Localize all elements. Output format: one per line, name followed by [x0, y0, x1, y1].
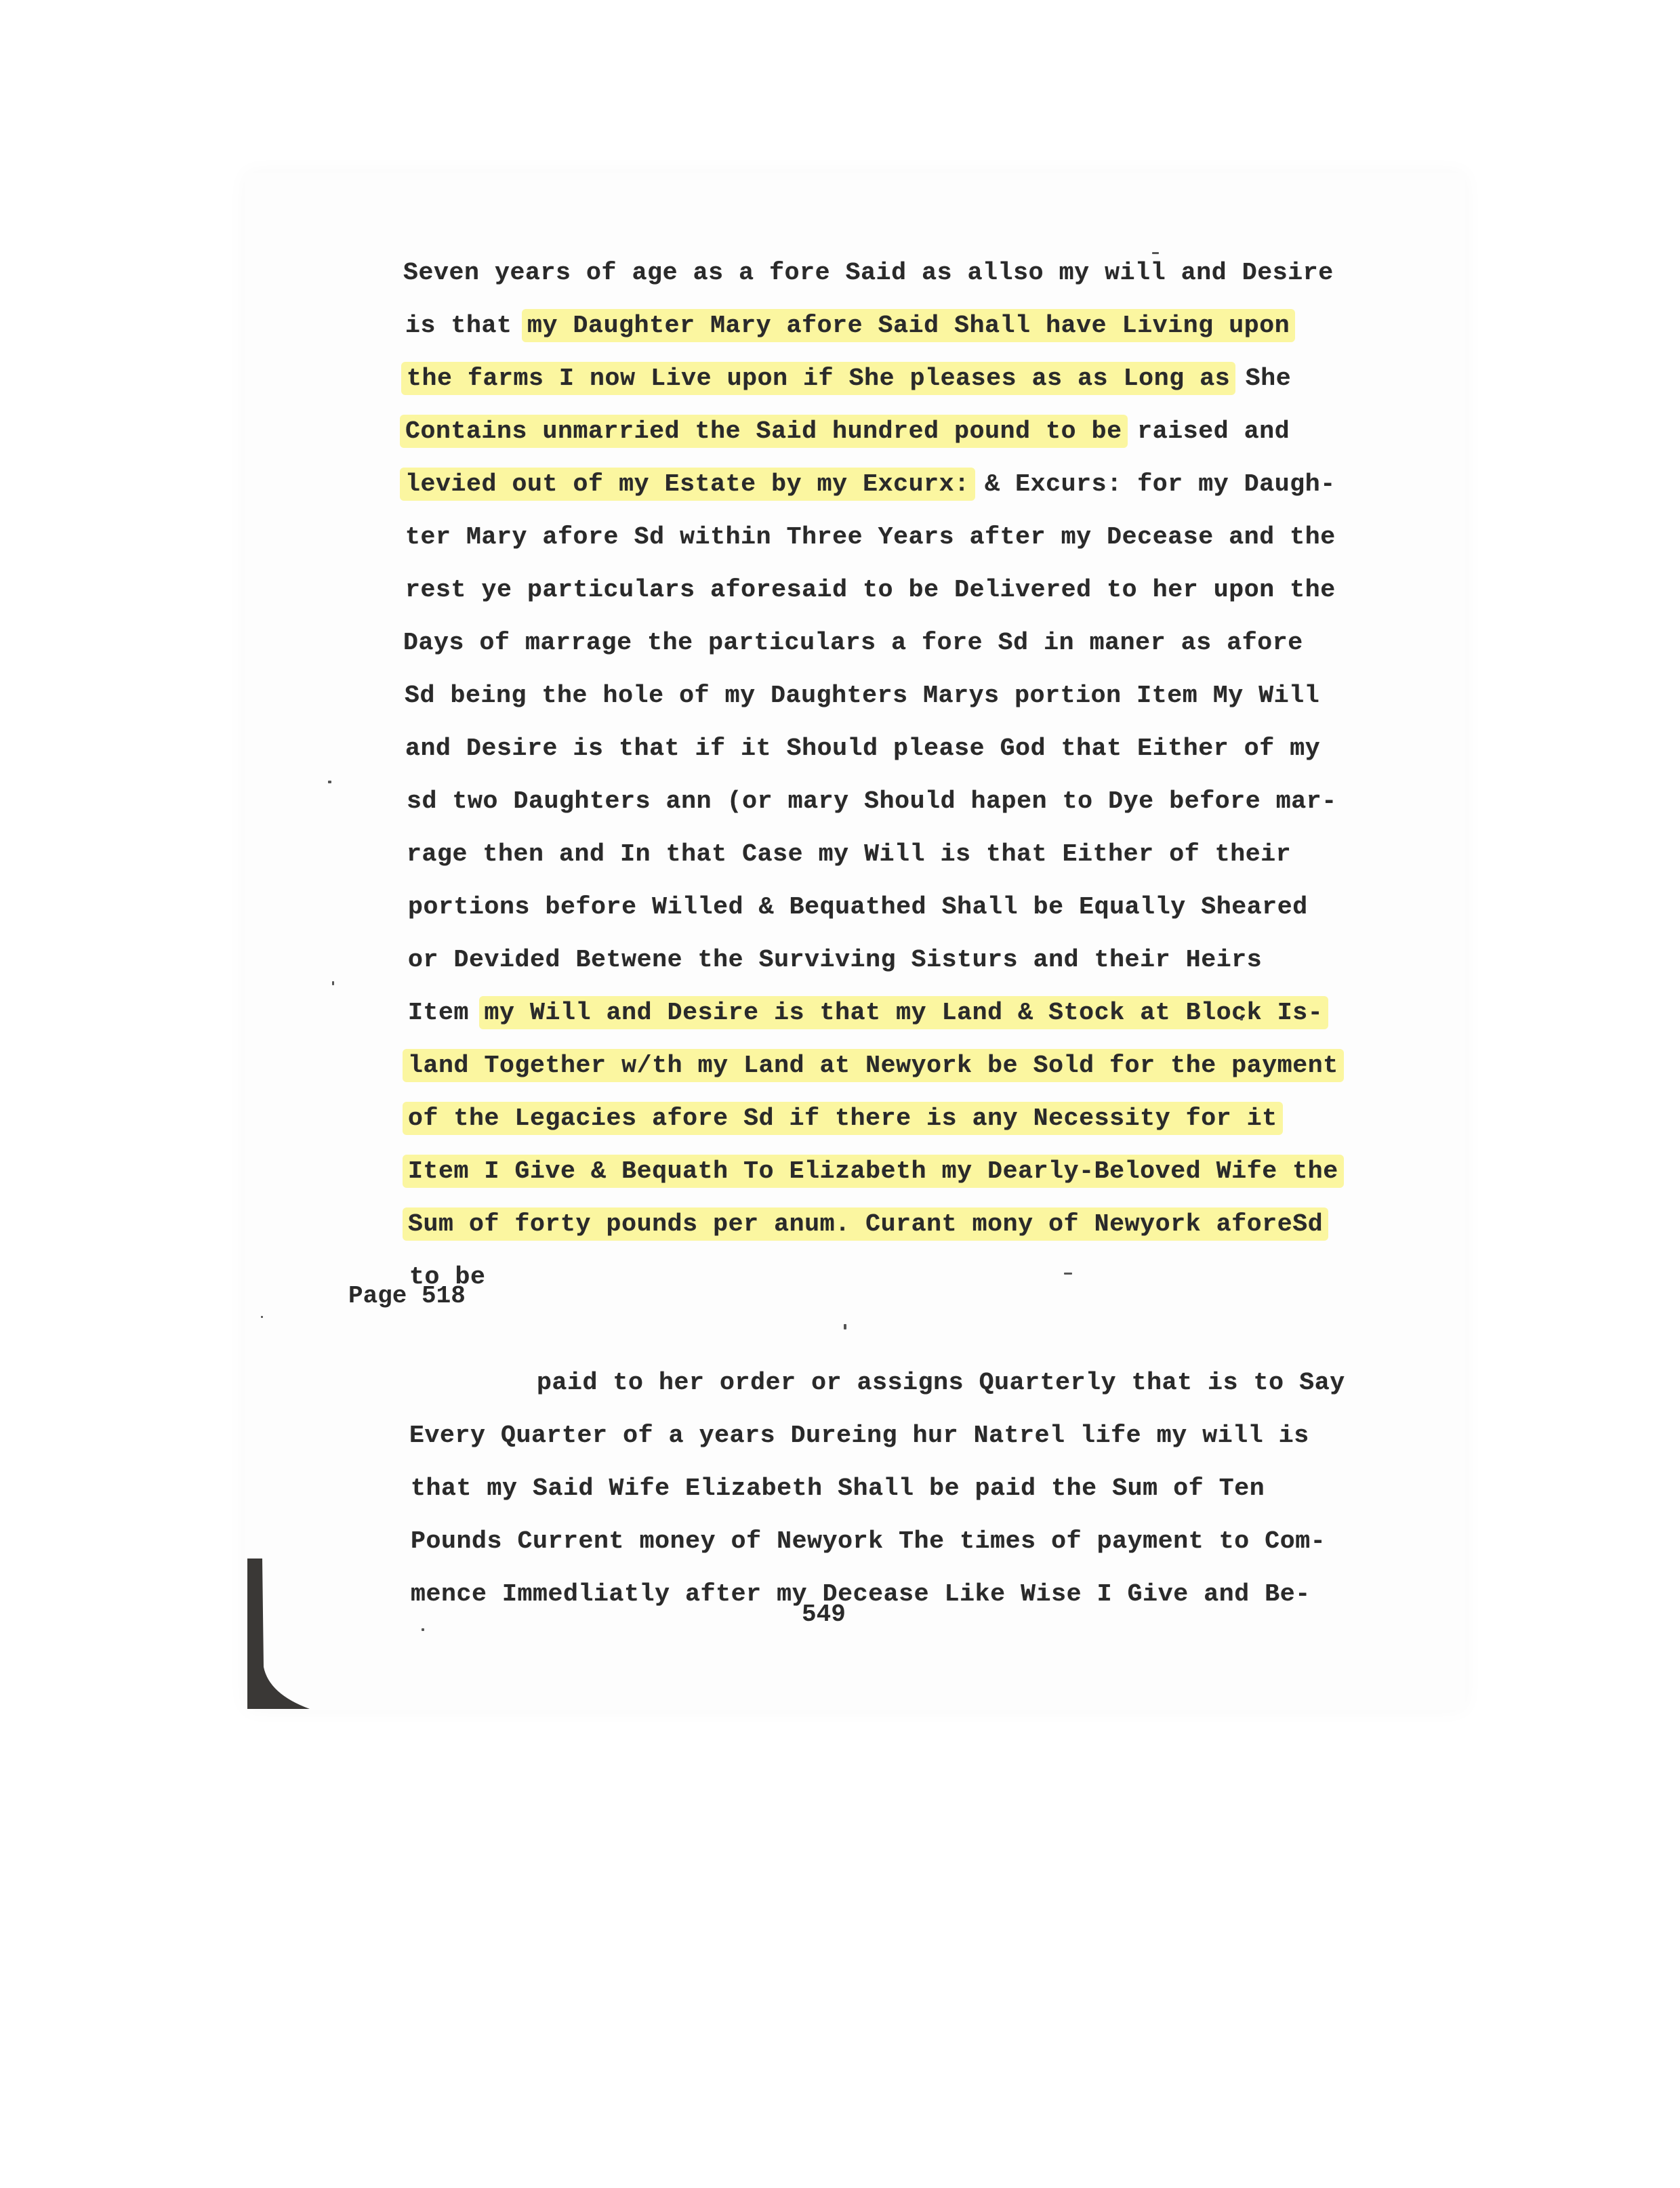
text-line: rest ye particulars aforesaid to be Deli… — [344, 539, 1336, 573]
text-line: and Desire is that if it Should please G… — [344, 698, 1320, 732]
margin-mark — [332, 981, 334, 985]
text-line: Item I Give & Bequath To Elizabeth my De… — [347, 1121, 1338, 1155]
page-reference: Page 518 — [348, 1279, 466, 1313]
text-line: or Devided Betwene the Surviving Sisturs… — [347, 909, 1262, 943]
text-line: Seven years of age as a fore Said as all… — [342, 222, 1334, 256]
text-line: paid to her order or assigns Quarterly t… — [476, 1332, 1345, 1366]
text-line: the farms I now Live upon if She pleases… — [346, 328, 1291, 362]
scan-speck — [1152, 252, 1159, 254]
text-line: that my Said Wife Elizabeth Shall be pai… — [350, 1438, 1265, 1472]
scan-speck — [1240, 1018, 1243, 1020]
text-line: is that my Daughter Mary afore Said Shal… — [344, 275, 1290, 309]
text-line: Sd being the hole of my Daughters Marys … — [344, 645, 1319, 679]
text-line: Days of marrage the particulars a fore S… — [342, 592, 1303, 626]
page-number: 549 — [802, 1598, 846, 1632]
text-line: ter Mary afore Sd within Three Years aft… — [344, 487, 1336, 520]
text-line: Sum of forty pounds per anum. Curant mon… — [347, 1174, 1323, 1207]
scan-speck — [422, 1628, 424, 1631]
scan-speck — [261, 1316, 263, 1318]
text-line: rage then and In that Case my Will is th… — [346, 804, 1291, 838]
text-line: of the Legacies afore Sd if there is any… — [347, 1068, 1277, 1102]
line-text: mence Immedliatly after my Decease Like … — [411, 1580, 1311, 1608]
margin-mark — [328, 781, 331, 783]
text-line: portions before Willed & Bequathed Shall… — [347, 856, 1308, 890]
text-line: mence Immedliatly after my Decease Like … — [350, 1544, 1311, 1577]
text-line: sd two Daughters ann (or mary Should hap… — [346, 751, 1337, 785]
text-line: levied out of my Estate by my Excurx: & … — [344, 434, 1336, 468]
text-line: Item my Will and Desire is that my Land … — [347, 962, 1323, 996]
text-line: Contains unmarried the Said hundred poun… — [344, 381, 1290, 415]
text-line: Pounds Current money of Newyork The time… — [350, 1491, 1326, 1525]
text-line: Every Quarter of a years Dureing hur Nat… — [348, 1385, 1309, 1419]
text-line: land Together w/th my Land at Newyork be… — [347, 1015, 1338, 1049]
scan-speck — [844, 1324, 846, 1329]
will-transcript: Seven years of age as a fore Said as all… — [0, 0, 1680, 2188]
text-line: to be — [348, 1226, 486, 1260]
highlighted-text: Sum of forty pounds per anum. Curant mon… — [403, 1207, 1328, 1241]
scan-speck — [1064, 1273, 1072, 1275]
